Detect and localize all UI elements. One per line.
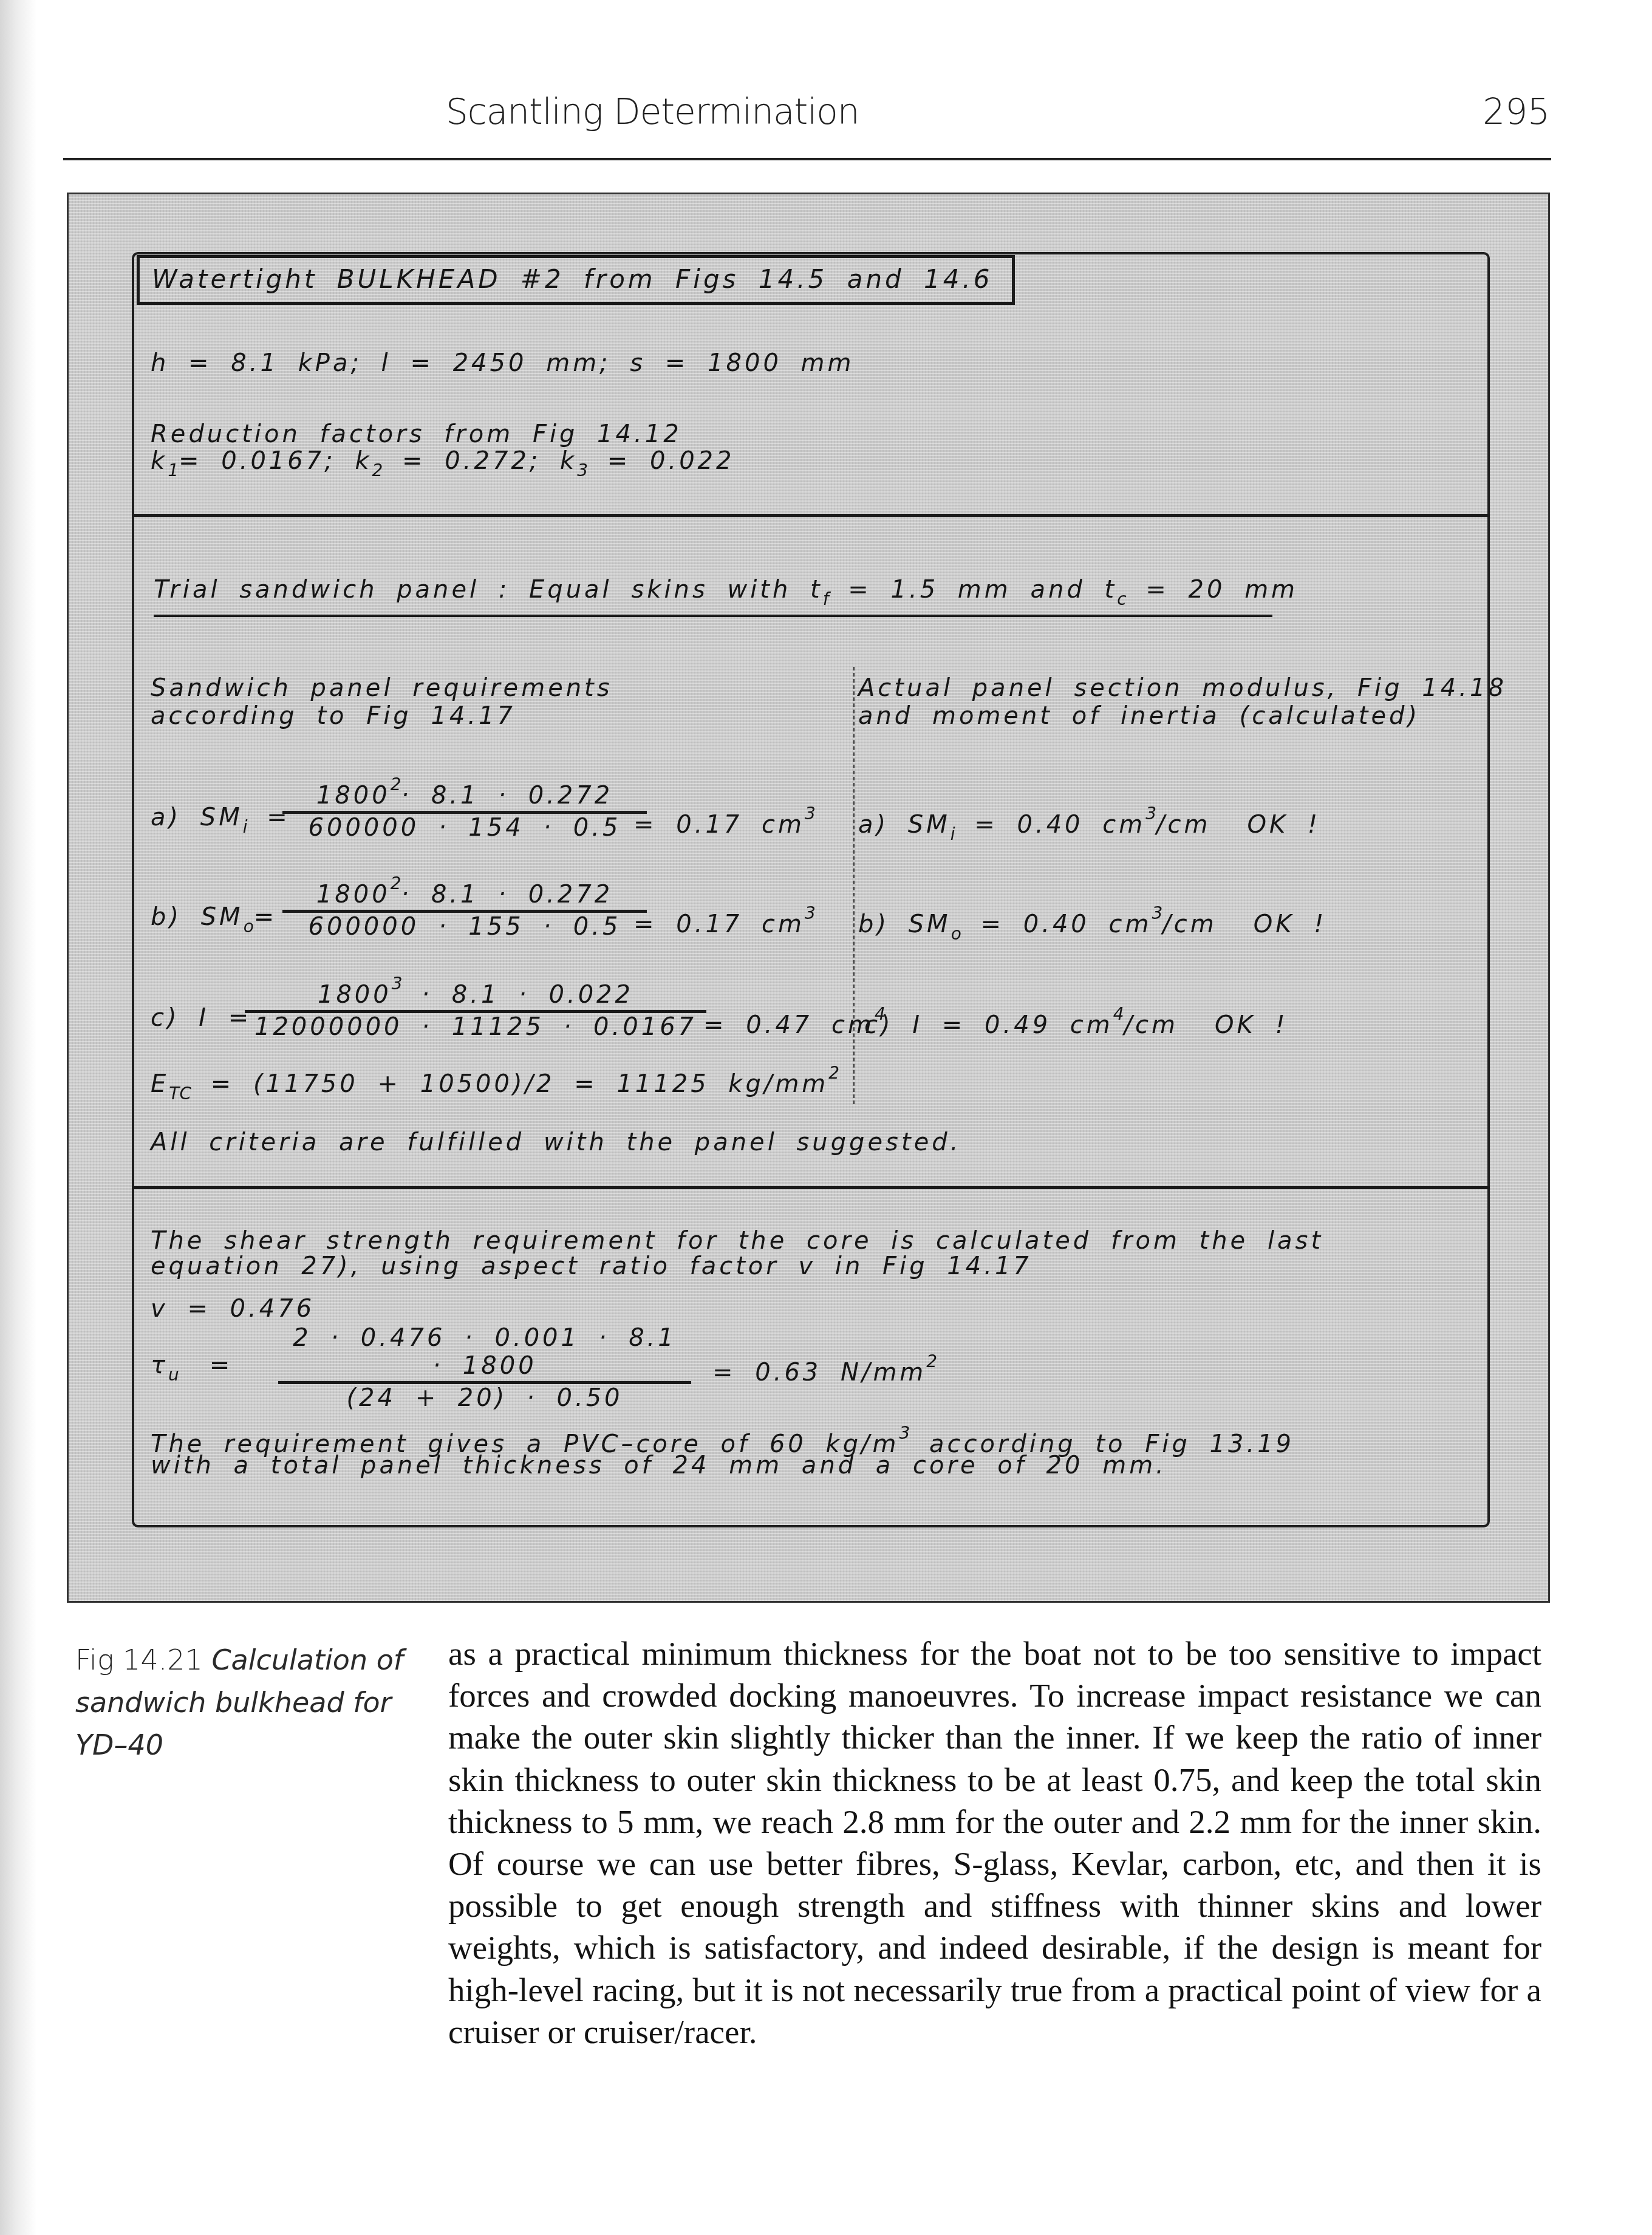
req-a-num-exp: 2 — [391, 774, 401, 794]
page-number: 295 — [1483, 91, 1550, 132]
req-b-symbol: b) SM — [151, 903, 244, 931]
k2-value: = 0.272; — [383, 447, 541, 475]
right-heading-line-1: Actual panel section modulus, Fig 14.18 — [858, 674, 1507, 702]
trial-panel-underline — [154, 615, 1272, 617]
actual-a-value: = 0.40 cm — [955, 811, 1146, 839]
binding-shadow — [0, 0, 36, 2235]
trial-panel-line: Trial sandwich panel : Equal skins with … — [154, 576, 1298, 609]
actual-b-subscript: o — [951, 924, 961, 944]
req-c-result: = 0.47 cm4 — [703, 1004, 886, 1039]
req-b-numerator: 18002· 8.1 · 0.272 — [282, 873, 647, 913]
actual-c: c) I = 0.49 cm4/cmOK ! — [864, 1004, 1288, 1039]
actual-a-status: OK ! — [1247, 811, 1320, 839]
req-c-num-base: 1800 — [318, 981, 392, 1009]
k1-subscript: 1 — [168, 460, 179, 480]
req-a-result-exp: 3 — [805, 804, 816, 824]
tau-equals: = — [210, 1351, 233, 1379]
req-c-numerator: 18003 · 8.1 · 0.022 — [245, 974, 706, 1013]
actual-b-symbol: b) SM — [858, 910, 951, 938]
nu-value: v = 0.476 — [151, 1295, 315, 1323]
k3-subscript: 3 — [577, 460, 588, 480]
tau-label: τu= — [151, 1351, 233, 1385]
req-b-result-value: = 0.17 cm — [633, 910, 805, 938]
left-heading-line-1: Sandwich panel requirements — [151, 674, 613, 702]
caption-label: Fig 14.21 — [75, 1643, 211, 1676]
trial-panel-middle: = 1.5 mm and t — [829, 576, 1118, 604]
req-b-num-rest: · 8.1 · 0.272 — [401, 881, 613, 909]
req-c-label: c) I = — [151, 1004, 251, 1032]
etc-symbol: E — [151, 1070, 169, 1098]
actual-c-symbol: c) I = — [864, 1011, 965, 1039]
req-a-symbol: a) SM — [151, 804, 243, 831]
shear-intro-line-1: The shear strength requirement for the c… — [151, 1227, 1323, 1255]
trial-panel-prefix: Trial sandwich panel : Equal skins with … — [154, 576, 823, 604]
req-a-result-value: = 0.17 cm — [633, 811, 805, 839]
req-a-fraction: 18002· 8.1 · 0.272 600000 · 154 · 0.5 — [282, 774, 647, 842]
req-a-num-rest: · 8.1 · 0.272 — [401, 782, 613, 810]
req-c-result-value: = 0.47 cm — [703, 1011, 875, 1039]
actual-c-exp: 4 — [1113, 1004, 1124, 1024]
req-c-fraction: 18003 · 8.1 · 0.022 12000000 · 11125 · 0… — [245, 974, 706, 1041]
section-divider-2 — [132, 1186, 1490, 1189]
reduction-heading: Reduction factors from Fig 14.12 — [151, 420, 682, 448]
header-rule — [63, 158, 1551, 160]
k1-value: = 0.0167; — [179, 447, 336, 475]
actual-c-value: 0.49 cm — [965, 1011, 1113, 1039]
figure-caption: Fig 14.21 Calculation of sandwich bulkhe… — [75, 1639, 415, 1766]
actual-a-symbol: a) SM — [858, 811, 951, 839]
actual-a-unit: /cm — [1156, 811, 1210, 839]
k2-subscript: 2 — [372, 460, 383, 480]
etc-subscript: TC — [169, 1083, 191, 1104]
actual-c-status: OK ! — [1215, 1011, 1288, 1039]
req-a-num-base: 1800 — [316, 782, 391, 810]
actual-b-unit: /cm — [1162, 910, 1217, 938]
req-c-denominator: 12000000 · 11125 · 0.0167 — [245, 1013, 706, 1041]
req-b-num-base: 1800 — [316, 881, 391, 909]
actual-a-subscript: i — [951, 824, 955, 844]
req-a-numerator: 18002· 8.1 · 0.272 — [282, 774, 647, 814]
k3-value: = 0.022 — [588, 447, 734, 475]
tau-numerator: 2 · 0.476 · 0.001 · 8.1 · 1800 — [278, 1324, 691, 1384]
actual-b-exp: 3 — [1152, 903, 1162, 923]
req-b-num-exp: 2 — [391, 873, 401, 893]
req-b-label: b) SMo= — [151, 903, 277, 937]
req-b-denominator: 600000 · 155 · 0.5 — [282, 913, 647, 941]
req-b-result-exp: 3 — [805, 903, 816, 923]
req-b-subscript: o — [244, 916, 254, 937]
actual-b-value: = 0.40 cm — [961, 910, 1152, 938]
tau-result-exp: 2 — [926, 1351, 937, 1371]
actual-b-status: OK ! — [1254, 910, 1326, 938]
loads-line: h = 8.1 kPa; l = 2450 mm; s = 1800 mm — [151, 349, 855, 377]
figure-title-box: Watertight BULKHEAD #2 from Figs 14.5 an… — [137, 255, 1015, 305]
right-heading-line-2: and moment of inertia (calculated) — [858, 702, 1420, 730]
section-divider-1 — [132, 514, 1490, 517]
core-result-exp: 3 — [899, 1423, 910, 1443]
actual-a-exp: 3 — [1145, 804, 1156, 824]
core-result-line-2: with a total panel thickness of 24 mm an… — [151, 1452, 1167, 1479]
actual-c-unit: /cm — [1124, 1011, 1178, 1039]
req-b-equals: = — [254, 903, 278, 931]
k2-label: k — [355, 447, 372, 475]
etc-expression: = (11750 + 10500)/2 = 11125 kg/mm — [191, 1070, 828, 1098]
req-a-label: a) SMi = — [151, 804, 290, 837]
req-a-result: = 0.17 cm3 — [633, 804, 816, 839]
tau-symbol: τ — [151, 1351, 168, 1379]
req-c-num-exp: 3 — [392, 974, 403, 994]
req-b-result: = 0.17 cm3 — [633, 903, 816, 938]
req-c-num-rest: · 8.1 · 0.022 — [403, 981, 633, 1009]
tau-result: = 0.63 N/mm2 — [712, 1351, 937, 1387]
req-a-denominator: 600000 · 154 · 0.5 — [282, 814, 647, 842]
shear-intro-line-2: equation 27), using aspect ratio factor … — [151, 1252, 1032, 1280]
running-title: Scantling Determination — [446, 91, 859, 132]
tau-denominator: (24 + 20) · 0.50 — [278, 1384, 691, 1412]
body-paragraph: as a practical minimum thickness for the… — [448, 1633, 1541, 2053]
req-b-fraction: 18002· 8.1 · 0.272 600000 · 155 · 0.5 — [282, 873, 647, 941]
tf-subscript: f — [823, 589, 829, 609]
etc-line: ETC = (11750 + 10500)/2 = 11125 kg/mm2 — [151, 1063, 839, 1104]
tau-result-value: = 0.63 N/mm — [712, 1359, 926, 1387]
tau-subscript: u — [168, 1365, 179, 1385]
req-a-subscript: i — [243, 817, 248, 837]
trial-panel-suffix: = 20 mm — [1127, 576, 1299, 604]
k1-label: k — [151, 447, 168, 475]
conclusion-line: All criteria are fulfilled with the pane… — [151, 1128, 961, 1156]
etc-exp: 2 — [828, 1063, 839, 1083]
tau-fraction: 2 · 0.476 · 0.001 · 8.1 · 1800 (24 + 20)… — [278, 1324, 691, 1412]
actual-a: a) SMi = 0.40 cm3/cmOK ! — [858, 804, 1320, 844]
k3-label: k — [560, 447, 577, 475]
left-heading-line-2: according to Fig 14.17 — [151, 702, 516, 730]
actual-b: b) SMo = 0.40 cm3/cmOK ! — [858, 903, 1326, 944]
tc-subscript: c — [1117, 589, 1126, 609]
reduction-factors: k1= 0.0167; k2 = 0.272; k3 = 0.022 — [151, 447, 735, 480]
figure-panel: Watertight BULKHEAD #2 from Figs 14.5 an… — [67, 193, 1550, 1603]
